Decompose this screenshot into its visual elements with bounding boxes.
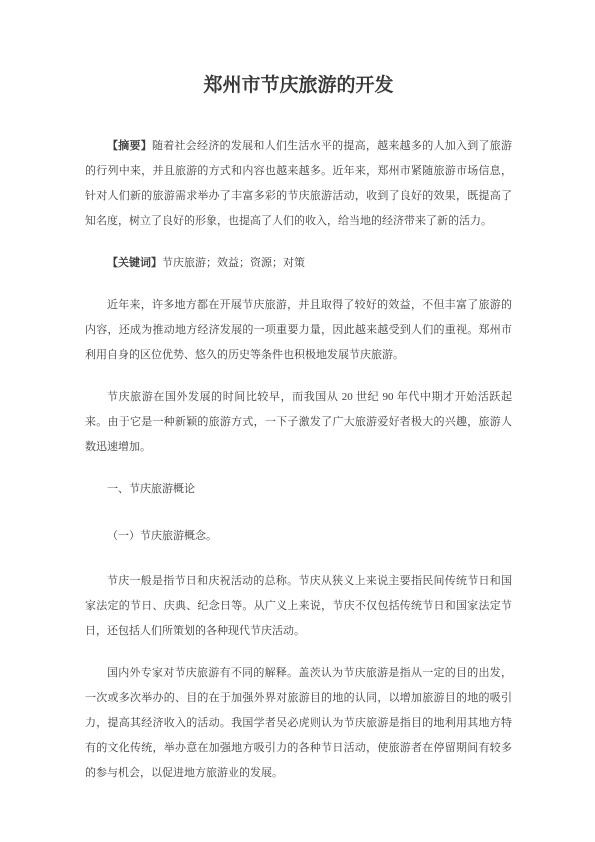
- abstract-text: 随着社会经济的发展和人们生活水平的提高，越来越多的人加入到了旅游的行列中来，并且…: [85, 140, 512, 227]
- keywords-label: 【关键词】: [107, 257, 162, 269]
- abstract-paragraph: 【摘要】随着社会经济的发展和人们生活水平的提高，越来越多的人加入到了旅游的行列中…: [85, 134, 512, 234]
- document-page: 郑州市节庆旅游的开发 【摘要】随着社会经济的发展和人们生活水平的提高，越来越多的…: [0, 0, 595, 842]
- section-heading: 一、节庆旅游概论: [85, 477, 512, 502]
- keywords-line: 【关键词】节庆旅游；效益；资源；对策: [85, 251, 512, 276]
- keywords-text: 节庆旅游；效益；资源；对策: [162, 257, 305, 269]
- concept-paragraph-2: 国内外专家对节庆旅游有不同的解释。盖茨认为节庆旅游是指从一定的目的出发，一次或多…: [85, 661, 512, 786]
- intro-paragraph-2: 节庆旅游在国外发展的时间比较早，而我国从 20 世纪 90 年代中期才开始活跃起…: [85, 385, 512, 460]
- abstract-label: 【摘要】: [107, 140, 152, 152]
- subsection-heading: （一）节庆旅游概念。: [85, 524, 512, 549]
- intro-paragraph-1: 近年来，许多地方都在开展节庆旅游，并且取得了较好的效益，不但丰富了旅游的内容，还…: [85, 293, 512, 368]
- concept-paragraph-1: 节庆一般是指节日和庆祝活动的总称。节庆从狭义上来说主要指民间传统节日和国家法定的…: [85, 569, 512, 644]
- page-title: 郑州市节庆旅游的开发: [85, 72, 512, 100]
